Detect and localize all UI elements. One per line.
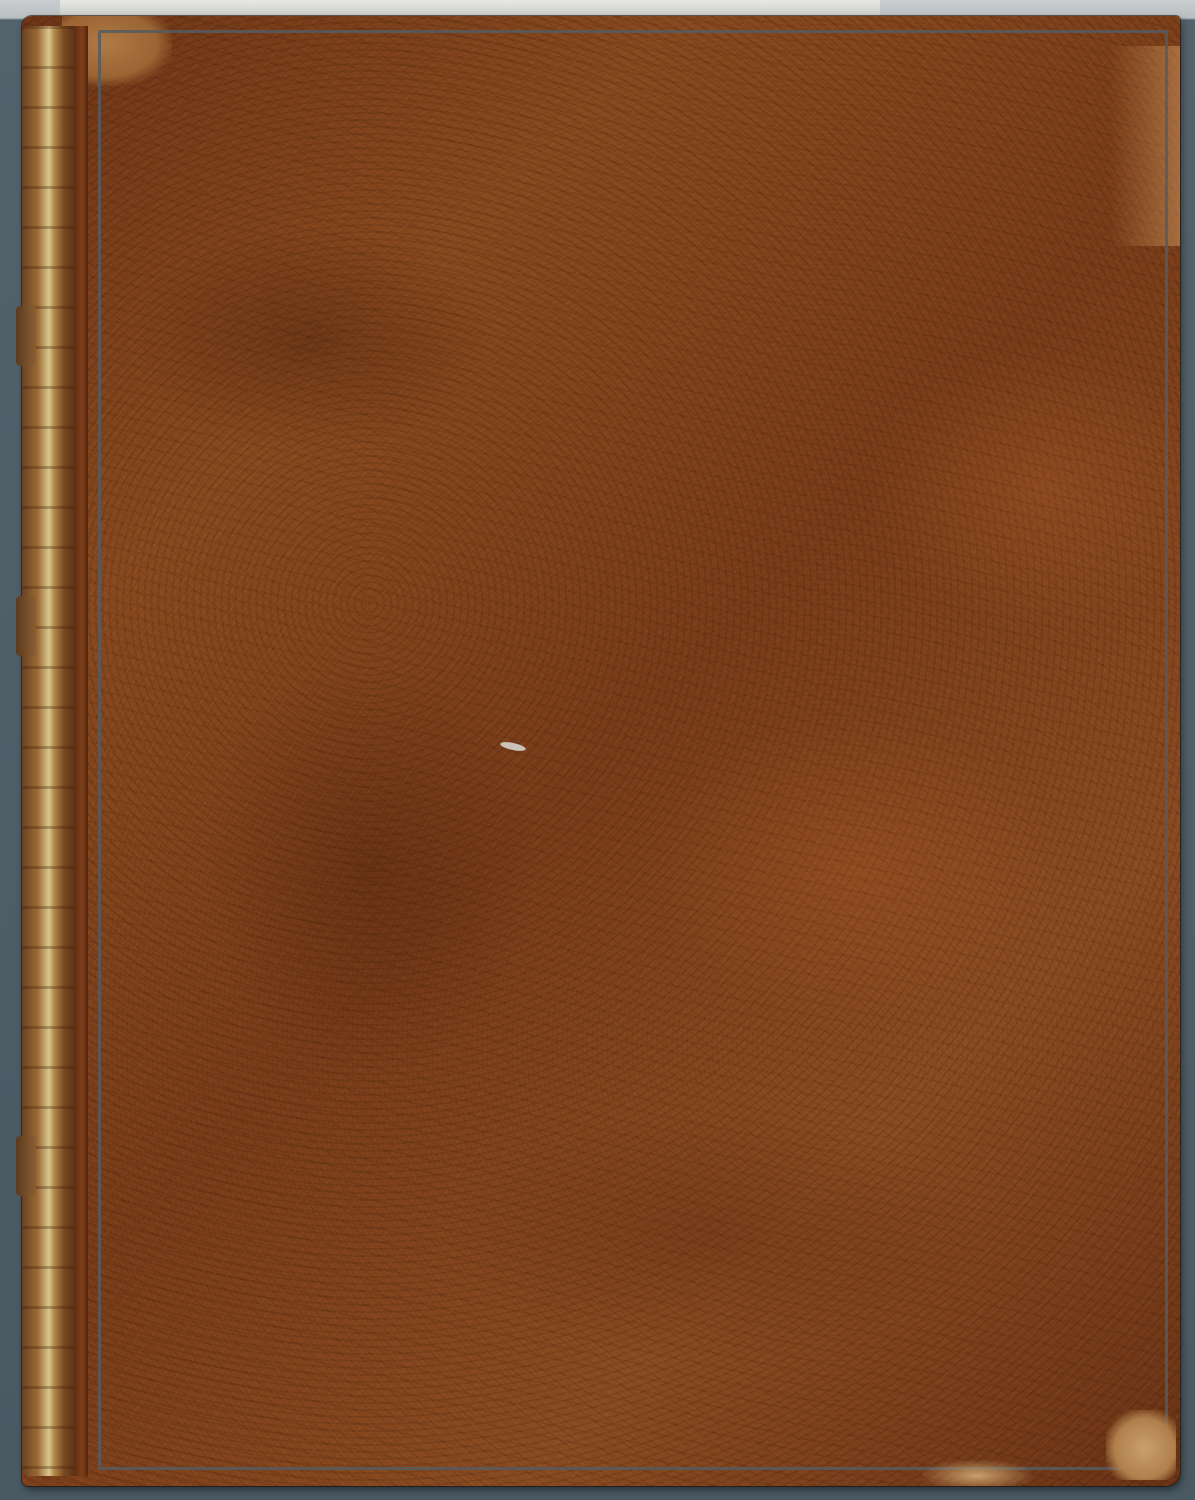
spine-edge: [22, 26, 74, 1476]
worn-corner-bottom-right: [1106, 1410, 1176, 1480]
blind-ruled-border: [98, 30, 1168, 1470]
book-cover: [22, 16, 1180, 1486]
worn-edge-bottom: [922, 1460, 1032, 1486]
spine-tear: [16, 1136, 36, 1196]
spine-tear: [16, 596, 36, 656]
spine-tear: [16, 306, 36, 366]
hinge: [74, 26, 88, 1476]
